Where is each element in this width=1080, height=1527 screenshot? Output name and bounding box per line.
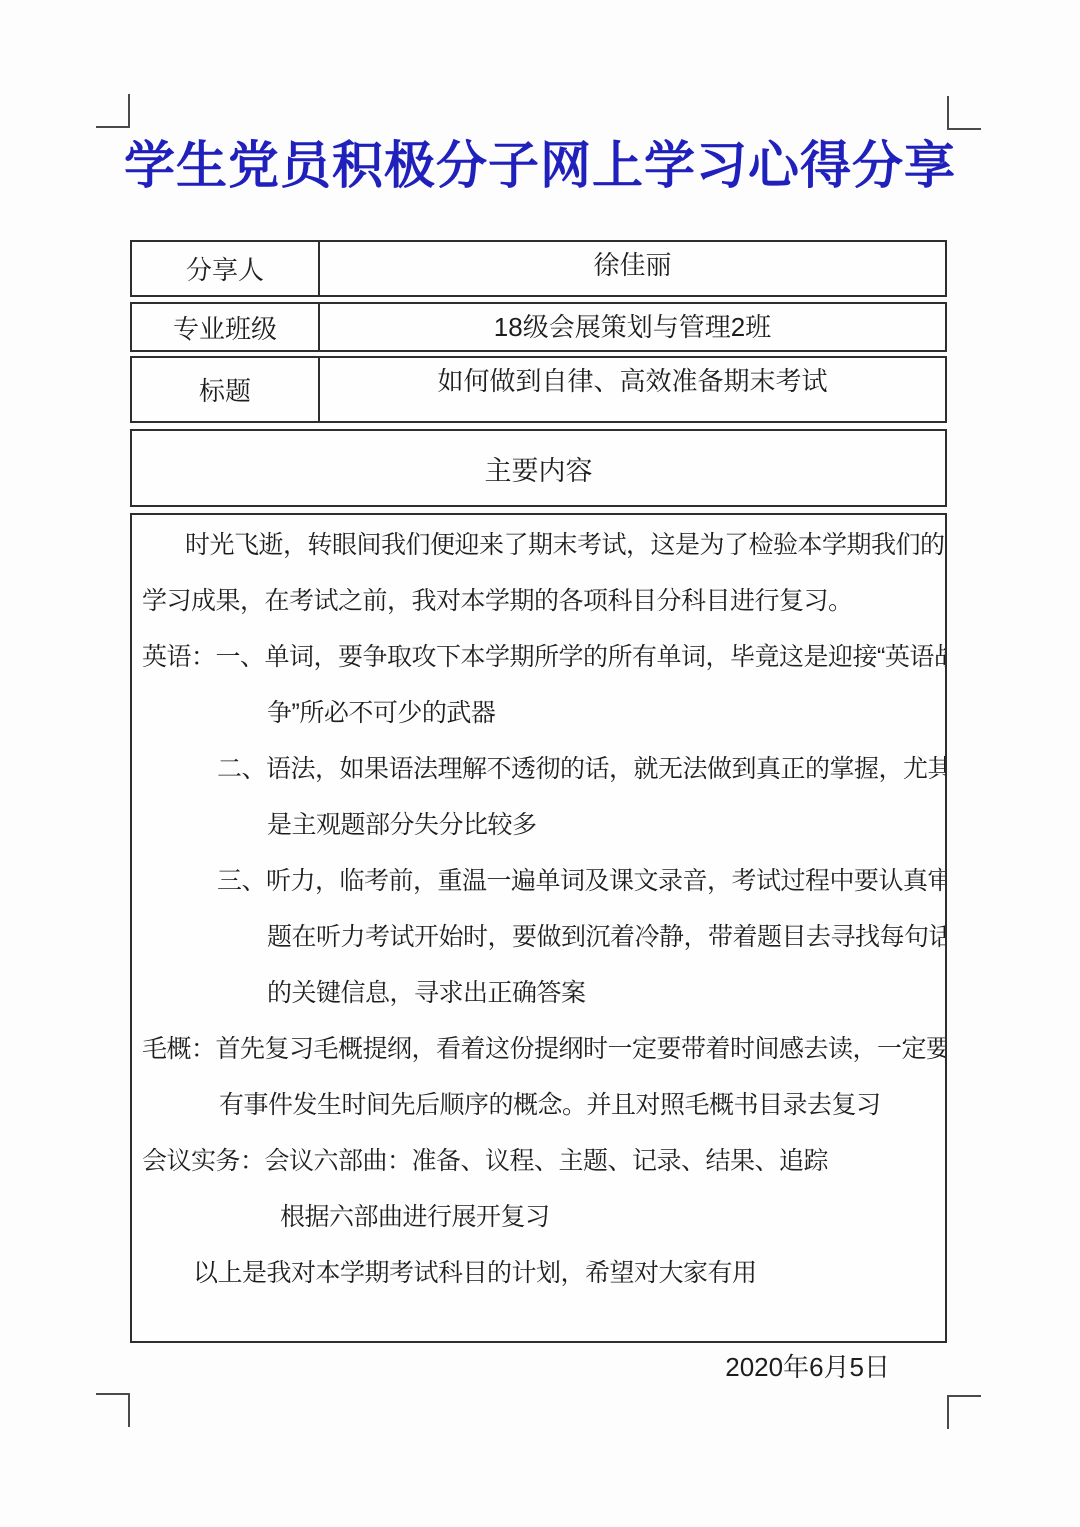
section-header-row: 主要内容 bbox=[130, 429, 947, 507]
content-line-12: 会议实务：会议六部曲：准备、议程、主题、记录、结果、追踪 bbox=[132, 1133, 945, 1189]
table-row-sharer: 分享人 徐佳丽 bbox=[130, 240, 947, 297]
row-value-class: 18级会展策划与管理2班 bbox=[320, 304, 945, 350]
content-line-6: 是主观题部分失分比较多 bbox=[132, 797, 945, 853]
content-line-9: 的关键信息，寻求出正确答案 bbox=[132, 965, 945, 1021]
content-line-10: 毛概：首先复习毛概提纲，看着这份提纲时一定要带着时间感去读，一定要 bbox=[132, 1021, 945, 1077]
content-line-14: 以上是我对本学期考试科目的计划，希望对大家有用 bbox=[132, 1245, 945, 1301]
crop-mark-top-left-icon bbox=[96, 94, 130, 128]
content-line-3: 英语：一、单词，要争取攻下本学期所学的所有单词，毕竟这是迎接“英语战 bbox=[132, 629, 945, 685]
row-value-title: 如何做到自律、高效准备期末考试 bbox=[320, 358, 945, 421]
content-line-2: 学习成果，在考试之前，我对本学期的各项科目分科目进行复习。 bbox=[132, 573, 945, 629]
content-line-8: 题在听力考试开始时，要做到沉着冷静，带着题目去寻找每句话 bbox=[132, 909, 945, 965]
content-line-7: 三、听力，临考前，重温一遍单词及课文录音，考试过程中要认真审 bbox=[132, 853, 945, 909]
row-label-sharer: 分享人 bbox=[132, 242, 320, 295]
content-line-1: 时光飞逝，转眼间我们便迎来了期末考试，这是为了检验本学期我们的 bbox=[132, 517, 945, 573]
content-cell: 时光飞逝，转眼间我们便迎来了期末考试，这是为了检验本学期我们的 学习成果，在考试… bbox=[130, 513, 947, 1343]
page-title: 学生党员积极分子网上学习心得分享 bbox=[0, 138, 1080, 194]
document-page: 学生党员积极分子网上学习心得分享 分享人 徐佳丽 专业班级 18级会展策划与管理… bbox=[0, 0, 1080, 1527]
content-line-4: 争”所必不可少的武器 bbox=[132, 685, 945, 741]
section-header-label: 主要内容 bbox=[485, 449, 593, 488]
table-row-title: 标题 如何做到自律、高效准备期末考试 bbox=[130, 356, 947, 423]
content-line-5: 二、语法，如果语法理解不透彻的话，就无法做到真正的掌握，尤其 bbox=[132, 741, 945, 797]
content-line-13: 根据六部曲进行展开复习 bbox=[132, 1189, 945, 1245]
crop-mark-top-right-icon bbox=[947, 96, 981, 130]
row-value-sharer: 徐佳丽 bbox=[320, 242, 945, 295]
row-label-title: 标题 bbox=[132, 358, 320, 421]
row-label-class: 专业班级 bbox=[132, 304, 320, 350]
date-line: 2020年6月5日 bbox=[130, 1347, 947, 1384]
table-row-class: 专业班级 18级会展策划与管理2班 bbox=[130, 302, 947, 352]
crop-mark-bottom-left-icon bbox=[96, 1393, 130, 1427]
content-line-11: 有事件发生时间先后顺序的概念。并且对照毛概书目录去复习 bbox=[132, 1077, 945, 1133]
crop-mark-bottom-right-icon bbox=[947, 1395, 981, 1429]
form-table: 分享人 徐佳丽 专业班级 18级会展策划与管理2班 标题 如何做到自律、高效准备… bbox=[130, 240, 947, 1343]
content-body: 时光飞逝，转眼间我们便迎来了期末考试，这是为了检验本学期我们的 学习成果，在考试… bbox=[132, 515, 945, 1301]
